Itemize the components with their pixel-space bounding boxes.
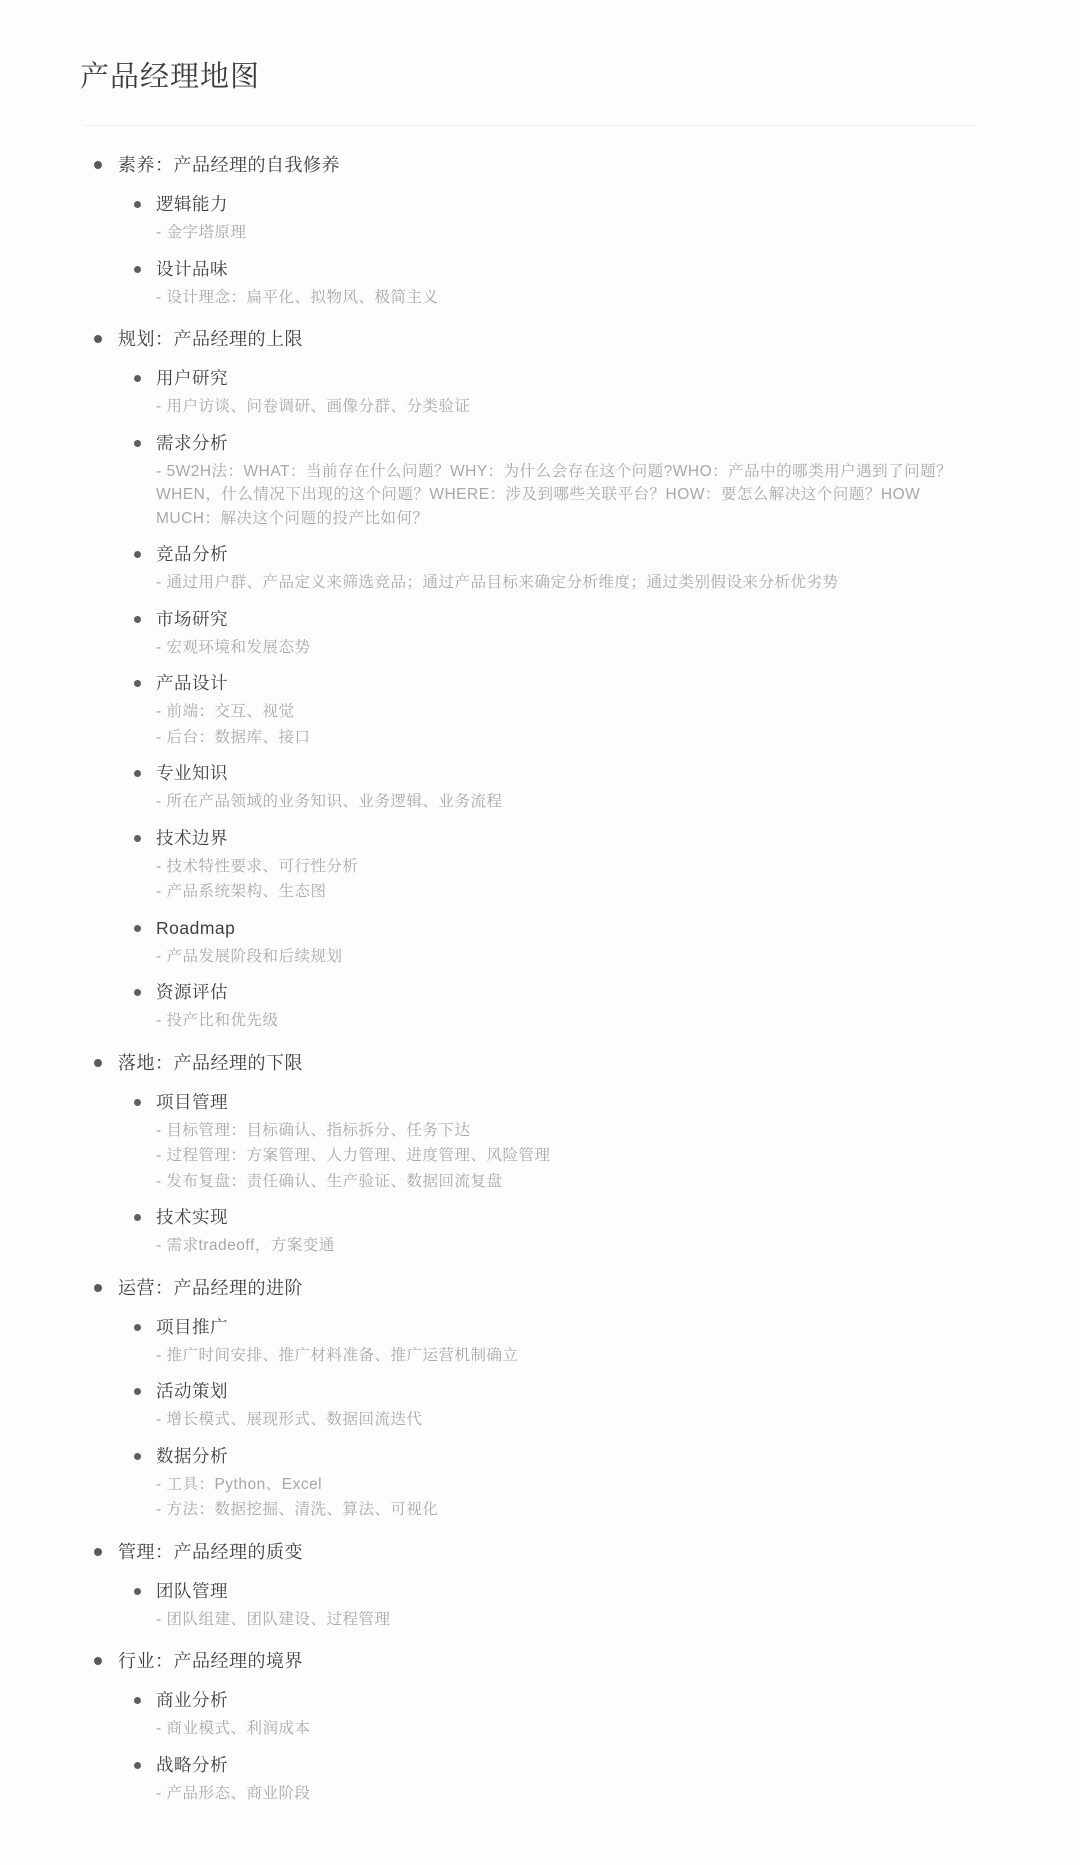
note-line: - 技术特性要求、可行性分析 bbox=[156, 855, 984, 879]
note-line: - 发布复盘：责任确认、生产验证、数据回流复盘 bbox=[156, 1170, 984, 1194]
section-label: 管理：产品经理的质变 bbox=[118, 1537, 303, 1567]
note-line: - 增长模式、展现形式、数据回流迭代 bbox=[156, 1408, 984, 1432]
note-line: - 商业模式、利润成本 bbox=[156, 1717, 984, 1741]
note-line: - 需求tradeoff，方案变通 bbox=[156, 1234, 984, 1258]
outline-item-row: 项目管理 bbox=[0, 1088, 1080, 1117]
outline-item-row: 活动策划 bbox=[0, 1377, 1080, 1406]
outline-item: 活动策划 - 增长模式、展现形式、数据回流迭代 bbox=[0, 1377, 1080, 1432]
outline-item-row: 需求分析 bbox=[0, 429, 1080, 458]
note-line: - 5W2H法：WHAT：当前存在什么问题？WHY：为什么会存在这个问题?WHO… bbox=[156, 460, 984, 531]
note-line: - 前端：交互、视觉 bbox=[156, 700, 984, 724]
outline-item-row: 资源评估 bbox=[0, 978, 1080, 1007]
item-notes: - 设计理念：扁平化、拟物风、极简主义 bbox=[0, 286, 1080, 310]
item-notes: - 产品形态、商业阶段 bbox=[0, 1782, 1080, 1806]
section-children: 项目推广 - 推广时间安排、推广材料准备、推广运营机制确立 活动策划 - 增长模… bbox=[0, 1313, 1080, 1522]
outline-item: Roadmap - 产品发展阶段和后续规划 bbox=[0, 914, 1080, 969]
item-notes: - 所在产品领域的业务知识、业务逻辑、业务流程 bbox=[0, 790, 1080, 814]
section-children: 项目管理 - 目标管理：目标确认、指标拆分、任务下达- 过程管理：方案管理、人力… bbox=[0, 1088, 1080, 1258]
bullet-icon bbox=[94, 1059, 102, 1067]
outline-item: 用户研究 - 用户访谈、问卷调研、画像分群、分类验证 bbox=[0, 364, 1080, 419]
bullet-icon bbox=[134, 1697, 141, 1704]
bullet-icon bbox=[134, 770, 141, 777]
bullet-icon bbox=[134, 1324, 141, 1331]
item-label: Roadmap bbox=[156, 914, 235, 943]
note-line: - 所在产品领域的业务知识、业务逻辑、业务流程 bbox=[156, 790, 984, 814]
bullet-icon bbox=[134, 1762, 141, 1769]
outline-item-row: 市场研究 bbox=[0, 605, 1080, 634]
item-notes: - 产品发展阶段和后续规划 bbox=[0, 945, 1080, 969]
item-notes: - 需求tradeoff，方案变通 bbox=[0, 1234, 1080, 1258]
outline-item-row: 专业知识 bbox=[0, 759, 1080, 788]
outline-item-row: 用户研究 bbox=[0, 364, 1080, 393]
bullet-icon bbox=[134, 375, 141, 382]
section-children: 用户研究 - 用户访谈、问卷调研、画像分群、分类验证 需求分析 - 5W2H法：… bbox=[0, 364, 1080, 1033]
title-divider bbox=[84, 125, 976, 126]
item-label: 战略分析 bbox=[156, 1751, 228, 1780]
note-line: - 工具：Python、Excel bbox=[156, 1473, 984, 1497]
outline-item: 市场研究 - 宏观环境和发展态势 bbox=[0, 605, 1080, 660]
item-label: 项目管理 bbox=[156, 1088, 228, 1117]
outline-item: 资源评估 - 投产比和优先级 bbox=[0, 978, 1080, 1033]
note-line: - 团队组建、团队建设、过程管理 bbox=[156, 1608, 984, 1632]
outline-section: 规划：产品经理的上限 用户研究 - 用户访谈、问卷调研、画像分群、分类验证 需求… bbox=[0, 324, 1080, 1033]
outline-section: 素养：产品经理的自我修养 逻辑能力 - 金字塔原理 设计品味 - 设计理念：扁平… bbox=[0, 150, 1080, 309]
note-line: - 设计理念：扁平化、拟物风、极简主义 bbox=[156, 286, 984, 310]
item-notes: - 团队组建、团队建设、过程管理 bbox=[0, 1608, 1080, 1632]
section-label: 素养：产品经理的自我修养 bbox=[118, 150, 340, 180]
note-line: - 金字塔原理 bbox=[156, 221, 984, 245]
bullet-icon bbox=[134, 835, 141, 842]
item-notes: - 用户访谈、问卷调研、画像分群、分类验证 bbox=[0, 395, 1080, 419]
outline-section: 行业：产品经理的境界 商业分析 - 商业模式、利润成本 战略分析 - 产品形态、… bbox=[0, 1646, 1080, 1805]
outline-item-row: 数据分析 bbox=[0, 1442, 1080, 1471]
item-notes: - 目标管理：目标确认、指标拆分、任务下达- 过程管理：方案管理、人力管理、进度… bbox=[0, 1119, 1080, 1194]
bullet-icon bbox=[94, 1284, 102, 1292]
item-label: 技术实现 bbox=[156, 1203, 228, 1232]
outline-item-row: Roadmap bbox=[0, 914, 1080, 943]
item-label: 竞品分析 bbox=[156, 540, 228, 569]
item-label: 逻辑能力 bbox=[156, 190, 228, 219]
item-notes: - 技术特性要求、可行性分析- 产品系统架构、生态图 bbox=[0, 855, 1080, 904]
note-line: - 过程管理：方案管理、人力管理、进度管理、风险管理 bbox=[156, 1144, 984, 1168]
outline-section: 落地：产品经理的下限 项目管理 - 目标管理：目标确认、指标拆分、任务下达- 过… bbox=[0, 1048, 1080, 1258]
outline-section-row: 规划：产品经理的上限 bbox=[0, 324, 1080, 354]
bullet-icon bbox=[134, 201, 141, 208]
note-line: - 推广时间安排、推广材料准备、推广运营机制确立 bbox=[156, 1344, 984, 1368]
bullet-icon bbox=[134, 1453, 141, 1460]
item-label: 数据分析 bbox=[156, 1442, 228, 1471]
bullet-icon bbox=[134, 1214, 141, 1221]
item-label: 产品设计 bbox=[156, 669, 228, 698]
item-label: 专业知识 bbox=[156, 759, 228, 788]
bullet-icon bbox=[94, 1657, 102, 1665]
bullet-icon bbox=[134, 680, 141, 687]
outline-item-row: 商业分析 bbox=[0, 1686, 1080, 1715]
section-label: 行业：产品经理的境界 bbox=[118, 1646, 303, 1676]
item-label: 资源评估 bbox=[156, 978, 228, 1007]
outline-item-row: 竞品分析 bbox=[0, 540, 1080, 569]
page-title: 产品经理地图 bbox=[80, 54, 1080, 95]
item-notes: - 商业模式、利润成本 bbox=[0, 1717, 1080, 1741]
bullet-icon bbox=[134, 616, 141, 623]
outline-item-row: 团队管理 bbox=[0, 1577, 1080, 1606]
outline-section: 管理：产品经理的质变 团队管理 - 团队组建、团队建设、过程管理 bbox=[0, 1537, 1080, 1632]
outline-section-row: 行业：产品经理的境界 bbox=[0, 1646, 1080, 1676]
outline-section-row: 管理：产品经理的质变 bbox=[0, 1537, 1080, 1567]
note-line: - 投产比和优先级 bbox=[156, 1009, 984, 1033]
section-children: 商业分析 - 商业模式、利润成本 战略分析 - 产品形态、商业阶段 bbox=[0, 1686, 1080, 1805]
bullet-icon bbox=[94, 161, 102, 169]
note-line: - 产品形态、商业阶段 bbox=[156, 1782, 984, 1806]
item-notes: - 前端：交互、视觉- 后台：数据库、接口 bbox=[0, 700, 1080, 749]
item-notes: - 宏观环境和发展态势 bbox=[0, 636, 1080, 660]
bullet-icon bbox=[134, 925, 141, 932]
outline-item-row: 战略分析 bbox=[0, 1751, 1080, 1780]
item-notes: - 5W2H法：WHAT：当前存在什么问题？WHY：为什么会存在这个问题?WHO… bbox=[0, 460, 1080, 531]
outline-section-row: 运营：产品经理的进阶 bbox=[0, 1273, 1080, 1303]
note-line: - 通过用户群、产品定义来筛选竞品；通过产品目标来确定分析维度；通过类别假设来分… bbox=[156, 571, 984, 595]
bullet-icon bbox=[134, 989, 141, 996]
outline-item: 需求分析 - 5W2H法：WHAT：当前存在什么问题？WHY：为什么会存在这个问… bbox=[0, 429, 1080, 531]
item-label: 活动策划 bbox=[156, 1377, 228, 1406]
note-line: - 产品发展阶段和后续规划 bbox=[156, 945, 984, 969]
item-label: 技术边界 bbox=[156, 824, 228, 853]
note-line: - 方法：数据挖掘、清洗、算法、可视化 bbox=[156, 1498, 984, 1522]
outline-item: 项目管理 - 目标管理：目标确认、指标拆分、任务下达- 过程管理：方案管理、人力… bbox=[0, 1088, 1080, 1194]
note-line: - 用户访谈、问卷调研、画像分群、分类验证 bbox=[156, 395, 984, 419]
outline-item: 逻辑能力 - 金字塔原理 bbox=[0, 190, 1080, 245]
section-children: 团队管理 - 团队组建、团队建设、过程管理 bbox=[0, 1577, 1080, 1632]
outline-item: 产品设计 - 前端：交互、视觉- 后台：数据库、接口 bbox=[0, 669, 1080, 749]
item-label: 项目推广 bbox=[156, 1313, 228, 1342]
note-line: - 宏观环境和发展态势 bbox=[156, 636, 984, 660]
section-label: 落地：产品经理的下限 bbox=[118, 1048, 303, 1078]
outline-item: 专业知识 - 所在产品领域的业务知识、业务逻辑、业务流程 bbox=[0, 759, 1080, 814]
bullet-icon bbox=[94, 1548, 102, 1556]
outline-item: 技术实现 - 需求tradeoff，方案变通 bbox=[0, 1203, 1080, 1258]
outline-item: 数据分析 - 工具：Python、Excel- 方法：数据挖掘、清洗、算法、可视… bbox=[0, 1442, 1080, 1522]
bullet-icon bbox=[134, 266, 141, 273]
bullet-icon bbox=[134, 440, 141, 447]
note-line: - 后台：数据库、接口 bbox=[156, 726, 984, 750]
outline-section-row: 落地：产品经理的下限 bbox=[0, 1048, 1080, 1078]
outline-section: 运营：产品经理的进阶 项目推广 - 推广时间安排、推广材料准备、推广运营机制确立… bbox=[0, 1273, 1080, 1522]
item-notes: - 投产比和优先级 bbox=[0, 1009, 1080, 1033]
section-label: 运营：产品经理的进阶 bbox=[118, 1273, 303, 1303]
outline-item: 项目推广 - 推广时间安排、推广材料准备、推广运营机制确立 bbox=[0, 1313, 1080, 1368]
outline-item-row: 项目推广 bbox=[0, 1313, 1080, 1342]
bullet-icon bbox=[134, 1388, 141, 1395]
outline: 素养：产品经理的自我修养 逻辑能力 - 金字塔原理 设计品味 - 设计理念：扁平… bbox=[0, 150, 1080, 1865]
outline-item: 竞品分析 - 通过用户群、产品定义来筛选竞品；通过产品目标来确定分析维度；通过类… bbox=[0, 540, 1080, 595]
section-children: 逻辑能力 - 金字塔原理 设计品味 - 设计理念：扁平化、拟物风、极简主义 bbox=[0, 190, 1080, 309]
outline-item-row: 产品设计 bbox=[0, 669, 1080, 698]
item-label: 市场研究 bbox=[156, 605, 228, 634]
outline-item-row: 逻辑能力 bbox=[0, 190, 1080, 219]
item-notes: - 推广时间安排、推广材料准备、推广运营机制确立 bbox=[0, 1344, 1080, 1368]
outline-item: 设计品味 - 设计理念：扁平化、拟物风、极简主义 bbox=[0, 255, 1080, 310]
item-notes: - 增长模式、展现形式、数据回流迭代 bbox=[0, 1408, 1080, 1432]
item-label: 用户研究 bbox=[156, 364, 228, 393]
item-notes: - 工具：Python、Excel- 方法：数据挖掘、清洗、算法、可视化 bbox=[0, 1473, 1080, 1522]
item-label: 团队管理 bbox=[156, 1577, 228, 1606]
item-notes: - 通过用户群、产品定义来筛选竞品；通过产品目标来确定分析维度；通过类别假设来分… bbox=[0, 571, 1080, 595]
item-label: 需求分析 bbox=[156, 429, 228, 458]
bullet-icon bbox=[94, 335, 102, 343]
outline-item: 商业分析 - 商业模式、利润成本 bbox=[0, 1686, 1080, 1741]
bullet-icon bbox=[134, 1588, 141, 1595]
outline-item: 团队管理 - 团队组建、团队建设、过程管理 bbox=[0, 1577, 1080, 1632]
bullet-icon bbox=[134, 1099, 141, 1106]
outline-item-row: 设计品味 bbox=[0, 255, 1080, 284]
outline-item: 战略分析 - 产品形态、商业阶段 bbox=[0, 1751, 1080, 1806]
item-notes: - 金字塔原理 bbox=[0, 221, 1080, 245]
note-line: - 产品系统架构、生态图 bbox=[156, 880, 984, 904]
outline-section-row: 素养：产品经理的自我修养 bbox=[0, 150, 1080, 180]
section-label: 规划：产品经理的上限 bbox=[118, 324, 303, 354]
outline-item-row: 技术边界 bbox=[0, 824, 1080, 853]
bullet-icon bbox=[134, 551, 141, 558]
item-label: 商业分析 bbox=[156, 1686, 228, 1715]
document-page: 产品经理地图 素养：产品经理的自我修养 逻辑能力 - 金字塔原理 设计品味 - … bbox=[0, 0, 1080, 1865]
note-line: - 目标管理：目标确认、指标拆分、任务下达 bbox=[156, 1119, 984, 1143]
item-label: 设计品味 bbox=[156, 255, 228, 284]
outline-item: 技术边界 - 技术特性要求、可行性分析- 产品系统架构、生态图 bbox=[0, 824, 1080, 904]
outline-item-row: 技术实现 bbox=[0, 1203, 1080, 1232]
